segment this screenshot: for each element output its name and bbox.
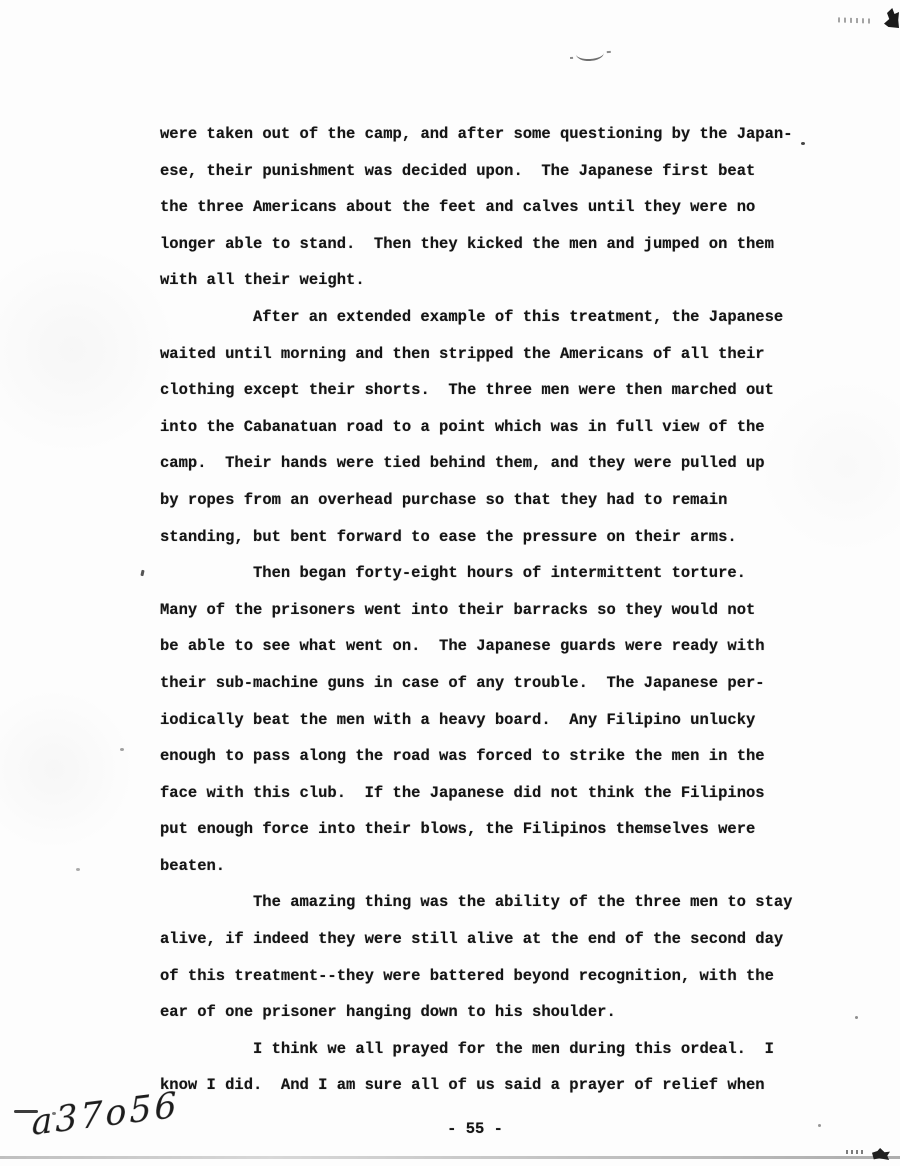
text-line: enough to pass along the road was forced… (160, 738, 840, 775)
text-line: were taken out of the camp, and after so… (160, 116, 840, 153)
text-line: Many of the prisoners went into their ba… (160, 592, 840, 629)
scanned-document-page: were taken out of the camp, and after so… (0, 0, 900, 1166)
paragraph: The amazing thing was the ability of the… (160, 884, 840, 1030)
text-line: clothing except their shorts. The three … (160, 372, 840, 409)
text-line: with all their weight. (160, 262, 840, 299)
scan-artifact-speck (120, 748, 124, 751)
text-line: know I did. And I am sure all of us said… (160, 1067, 840, 1104)
text-line: camp. Their hands were tied behind them,… (160, 445, 840, 482)
text-line: standing, but bent forward to ease the p… (160, 519, 840, 556)
paragraph: Then began forty-eight hours of intermit… (160, 555, 840, 884)
text-line: ese, their punishment was decided upon. … (160, 153, 840, 190)
text-line: their sub-machine guns in case of any tr… (160, 665, 840, 702)
text-line: alive, if indeed they were still alive a… (160, 921, 840, 958)
scan-artifact-speck (76, 868, 80, 871)
text-line: iodically beat the men with a heavy boar… (160, 702, 840, 739)
page-number: - 55 - (380, 1114, 570, 1144)
scan-artifact-squiggle (576, 51, 604, 61)
text-line: into the Cabanatuan road to a point whic… (160, 409, 840, 446)
text-line: Then began forty-eight hours of intermit… (160, 555, 840, 592)
text-line: waited until morning and then stripped t… (160, 336, 840, 373)
scan-artifact-top-right-blob (884, 8, 899, 28)
scan-artifact-bottom-edge-line (0, 1156, 900, 1159)
text-line: The amazing thing was the ability of the… (160, 884, 840, 921)
scan-artifact-bottom-right-blob (872, 1148, 890, 1160)
scan-artifact-speck (818, 1124, 821, 1127)
paragraph: were taken out of the camp, and after so… (160, 116, 840, 299)
scan-artifact-top-right-smudge (838, 17, 872, 23)
text-line: I think we all prayed for the men during… (160, 1031, 840, 1068)
text-line: longer able to stand. Then they kicked t… (160, 226, 840, 263)
scan-artifact-bottom-right-dots (846, 1150, 866, 1154)
scan-artifact-speck (140, 570, 144, 576)
scan-artifact-speck (855, 1016, 858, 1019)
text-line: put enough force into their blows, the F… (160, 811, 840, 848)
paragraph: I think we all prayed for the men during… (160, 1031, 840, 1104)
text-line: of this treatment--they were battered be… (160, 958, 840, 995)
text-line: by ropes from an overhead purchase so th… (160, 482, 840, 519)
text-line: beaten. (160, 848, 840, 885)
text-line: After an extended example of this treatm… (160, 299, 840, 336)
handwritten-annotation: a37o56 (31, 1086, 180, 1144)
text-line: be able to see what went on. The Japanes… (160, 628, 840, 665)
text-line: face with this club. If the Japanese did… (160, 775, 840, 812)
paragraph: After an extended example of this treatm… (160, 299, 840, 555)
typewritten-text-block: were taken out of the camp, and after so… (160, 116, 840, 1104)
text-line: the three Americans about the feet and c… (160, 189, 840, 226)
text-line: ear of one prisoner hanging down to his … (160, 994, 840, 1031)
